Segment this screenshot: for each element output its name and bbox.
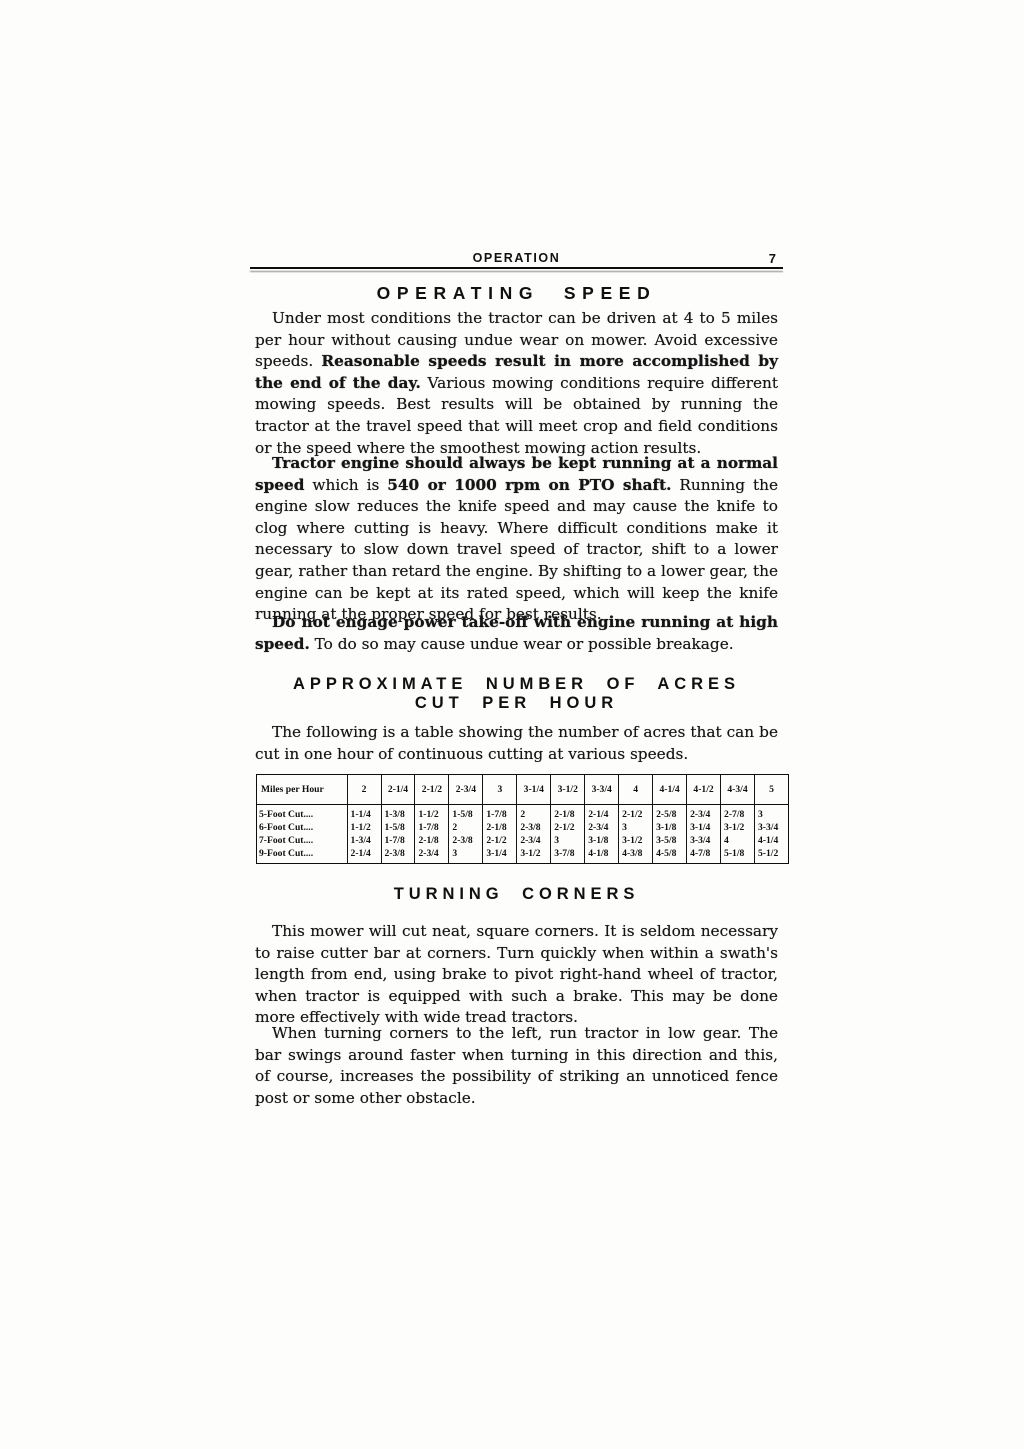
table-row-label: 9-Foot Cut.... <box>257 847 348 864</box>
col-header-speed: 2 <box>347 775 381 805</box>
table-cell: 3-1/8 <box>653 821 687 834</box>
table-row: 7-Foot Cut....1-3/41-7/82-1/82-3/82-1/22… <box>257 834 789 847</box>
table-cell: 1-1/2 <box>415 805 449 822</box>
table-cell: 4-5/8 <box>653 847 687 864</box>
table-row-label: 5-Foot Cut.... <box>257 805 348 822</box>
col-header-speed: 2-3/4 <box>449 775 483 805</box>
table-cell: 1-3/4 <box>347 834 381 847</box>
table-cell: 2-1/2 <box>483 834 517 847</box>
col-header-speed: 3 <box>483 775 517 805</box>
table-row-label: 7-Foot Cut.... <box>257 834 348 847</box>
page-number: 7 <box>769 251 776 266</box>
paragraph-operating-speed-2: Tractor engine should always be kept run… <box>255 453 778 626</box>
running-header: OPERATION <box>255 251 778 265</box>
table-cell: 2-3/4 <box>585 821 619 834</box>
text-segment: To do so may cause undue wear or possibl… <box>310 635 734 653</box>
table-cell: 2-3/8 <box>517 821 551 834</box>
section-title-acres-per-hour: APPROXIMATE NUMBER OF ACRES CUT PER HOUR <box>255 675 778 713</box>
table-cell: 4 <box>721 834 755 847</box>
table-row-label: 6-Foot Cut.... <box>257 821 348 834</box>
table-cell: 3-7/8 <box>551 847 585 864</box>
table-cell: 2-3/4 <box>415 847 449 864</box>
table-cell: 4-3/8 <box>619 847 653 864</box>
table-row: 9-Foot Cut....2-1/42-3/82-3/433-1/43-1/2… <box>257 847 789 864</box>
table-cell: 2-1/8 <box>415 834 449 847</box>
table-cell: 5-1/8 <box>721 847 755 864</box>
acres-per-hour-table: Miles per Hour22-1/42-1/22-3/433-1/43-1/… <box>256 774 789 864</box>
table-cell: 2-1/2 <box>619 805 653 822</box>
table-cell: 2 <box>517 805 551 822</box>
table-cell: 3-3/4 <box>687 834 721 847</box>
table-cell: 3-1/4 <box>687 821 721 834</box>
col-header-speed: 4-1/2 <box>687 775 721 805</box>
table-cell: 5-1/2 <box>754 847 788 864</box>
table-cell: 2-1/2 <box>551 821 585 834</box>
paragraph-turning-corners-2: When turning corners to the left, run tr… <box>255 1023 778 1109</box>
col-header-speed: 4-1/4 <box>653 775 687 805</box>
paragraph-operating-speed-3: Do not engage power take-off with engine… <box>255 612 778 655</box>
table-cell: 2-5/8 <box>653 805 687 822</box>
paragraph-turning-corners-1: This mower will cut neat, square corners… <box>255 921 778 1029</box>
col-header-speed: 2-1/2 <box>415 775 449 805</box>
table-cell: 4-7/8 <box>687 847 721 864</box>
table-cell: 3 <box>551 834 585 847</box>
table-header-row: Miles per Hour22-1/42-1/22-3/433-1/43-1/… <box>257 775 789 805</box>
table-cell: 3-1/2 <box>721 821 755 834</box>
table-cell: 2 <box>449 821 483 834</box>
table-cell: 3-1/8 <box>585 834 619 847</box>
table-cell: 2-3/8 <box>449 834 483 847</box>
header-rule-line-top <box>250 267 783 269</box>
table-row: 5-Foot Cut....1-1/41-3/81-1/21-5/81-7/82… <box>257 805 789 822</box>
table-row: 6-Foot Cut....1-1/21-5/81-7/822-1/82-3/8… <box>257 821 789 834</box>
acres-title-line-1: APPROXIMATE NUMBER OF ACRES <box>255 675 778 694</box>
table-cell: 1-5/8 <box>381 821 415 834</box>
table-cell: 4-1/8 <box>585 847 619 864</box>
masthead: OPERATION 7 <box>255 251 778 267</box>
table-cell: 3-5/8 <box>653 834 687 847</box>
col-header-speed: 5 <box>754 775 788 805</box>
col-header-speed: 2-1/4 <box>381 775 415 805</box>
table-cell: 1-7/8 <box>381 834 415 847</box>
text-segment: The following is a table showing the num… <box>255 723 778 763</box>
table-cell: 1-1/4 <box>347 805 381 822</box>
table-cell: 2-7/8 <box>721 805 755 822</box>
table-cell: 3-1/2 <box>517 847 551 864</box>
text-segment: Running the engine slow reduces the knif… <box>255 476 778 624</box>
text-segment: This mower will cut neat, square corners… <box>255 922 778 1026</box>
col-header-speed: 4-3/4 <box>721 775 755 805</box>
col-header-speed: 4 <box>619 775 653 805</box>
section-title-turning-corners: TURNING CORNERS <box>255 885 778 904</box>
table-cell: 2-1/4 <box>347 847 381 864</box>
table-cell: 1-1/2 <box>347 821 381 834</box>
table-cell: 1-7/8 <box>415 821 449 834</box>
paragraph-operating-speed-1: Under most conditions the tractor can be… <box>255 308 778 459</box>
table-cell: 3 <box>619 821 653 834</box>
table-cell: 1-7/8 <box>483 805 517 822</box>
table-cell: 2-3/8 <box>381 847 415 864</box>
header-rule <box>250 267 783 273</box>
table-cell: 4-1/4 <box>754 834 788 847</box>
text-segment: When turning corners to the left, run tr… <box>255 1024 778 1107</box>
table-cell: 2-3/4 <box>687 805 721 822</box>
bold-text-segment: 540 or 1000 rpm on PTO shaft. <box>387 476 671 494</box>
table-cell: 3 <box>754 805 788 822</box>
table-cell: 3-3/4 <box>754 821 788 834</box>
acres-table-container: Miles per Hour22-1/42-1/22-3/433-1/43-1/… <box>256 774 789 864</box>
table-cell: 1-5/8 <box>449 805 483 822</box>
table-cell: 2-1/8 <box>483 821 517 834</box>
col-header-speed: 3-1/2 <box>551 775 585 805</box>
header-rule-line-bottom <box>250 271 783 272</box>
table-cell: 2-1/4 <box>585 805 619 822</box>
table-cell: 3-1/4 <box>483 847 517 864</box>
table-cell: 2-3/4 <box>517 834 551 847</box>
table-cell: 3 <box>449 847 483 864</box>
manual-page: { "header": { "title": "OPERATION", "pag… <box>0 0 1024 1449</box>
col-header-miles-per-hour: Miles per Hour <box>257 775 348 805</box>
paragraph-acres-intro: The following is a table showing the num… <box>255 722 778 765</box>
col-header-speed: 3-1/4 <box>517 775 551 805</box>
table-cell: 2-1/8 <box>551 805 585 822</box>
table-cell: 1-3/8 <box>381 805 415 822</box>
acres-title-line-2: CUT PER HOUR <box>255 694 778 713</box>
col-header-speed: 3-3/4 <box>585 775 619 805</box>
section-title-operating-speed: OPERATING SPEED <box>255 283 778 304</box>
table-cell: 3-1/2 <box>619 834 653 847</box>
text-segment: which is <box>304 476 387 494</box>
